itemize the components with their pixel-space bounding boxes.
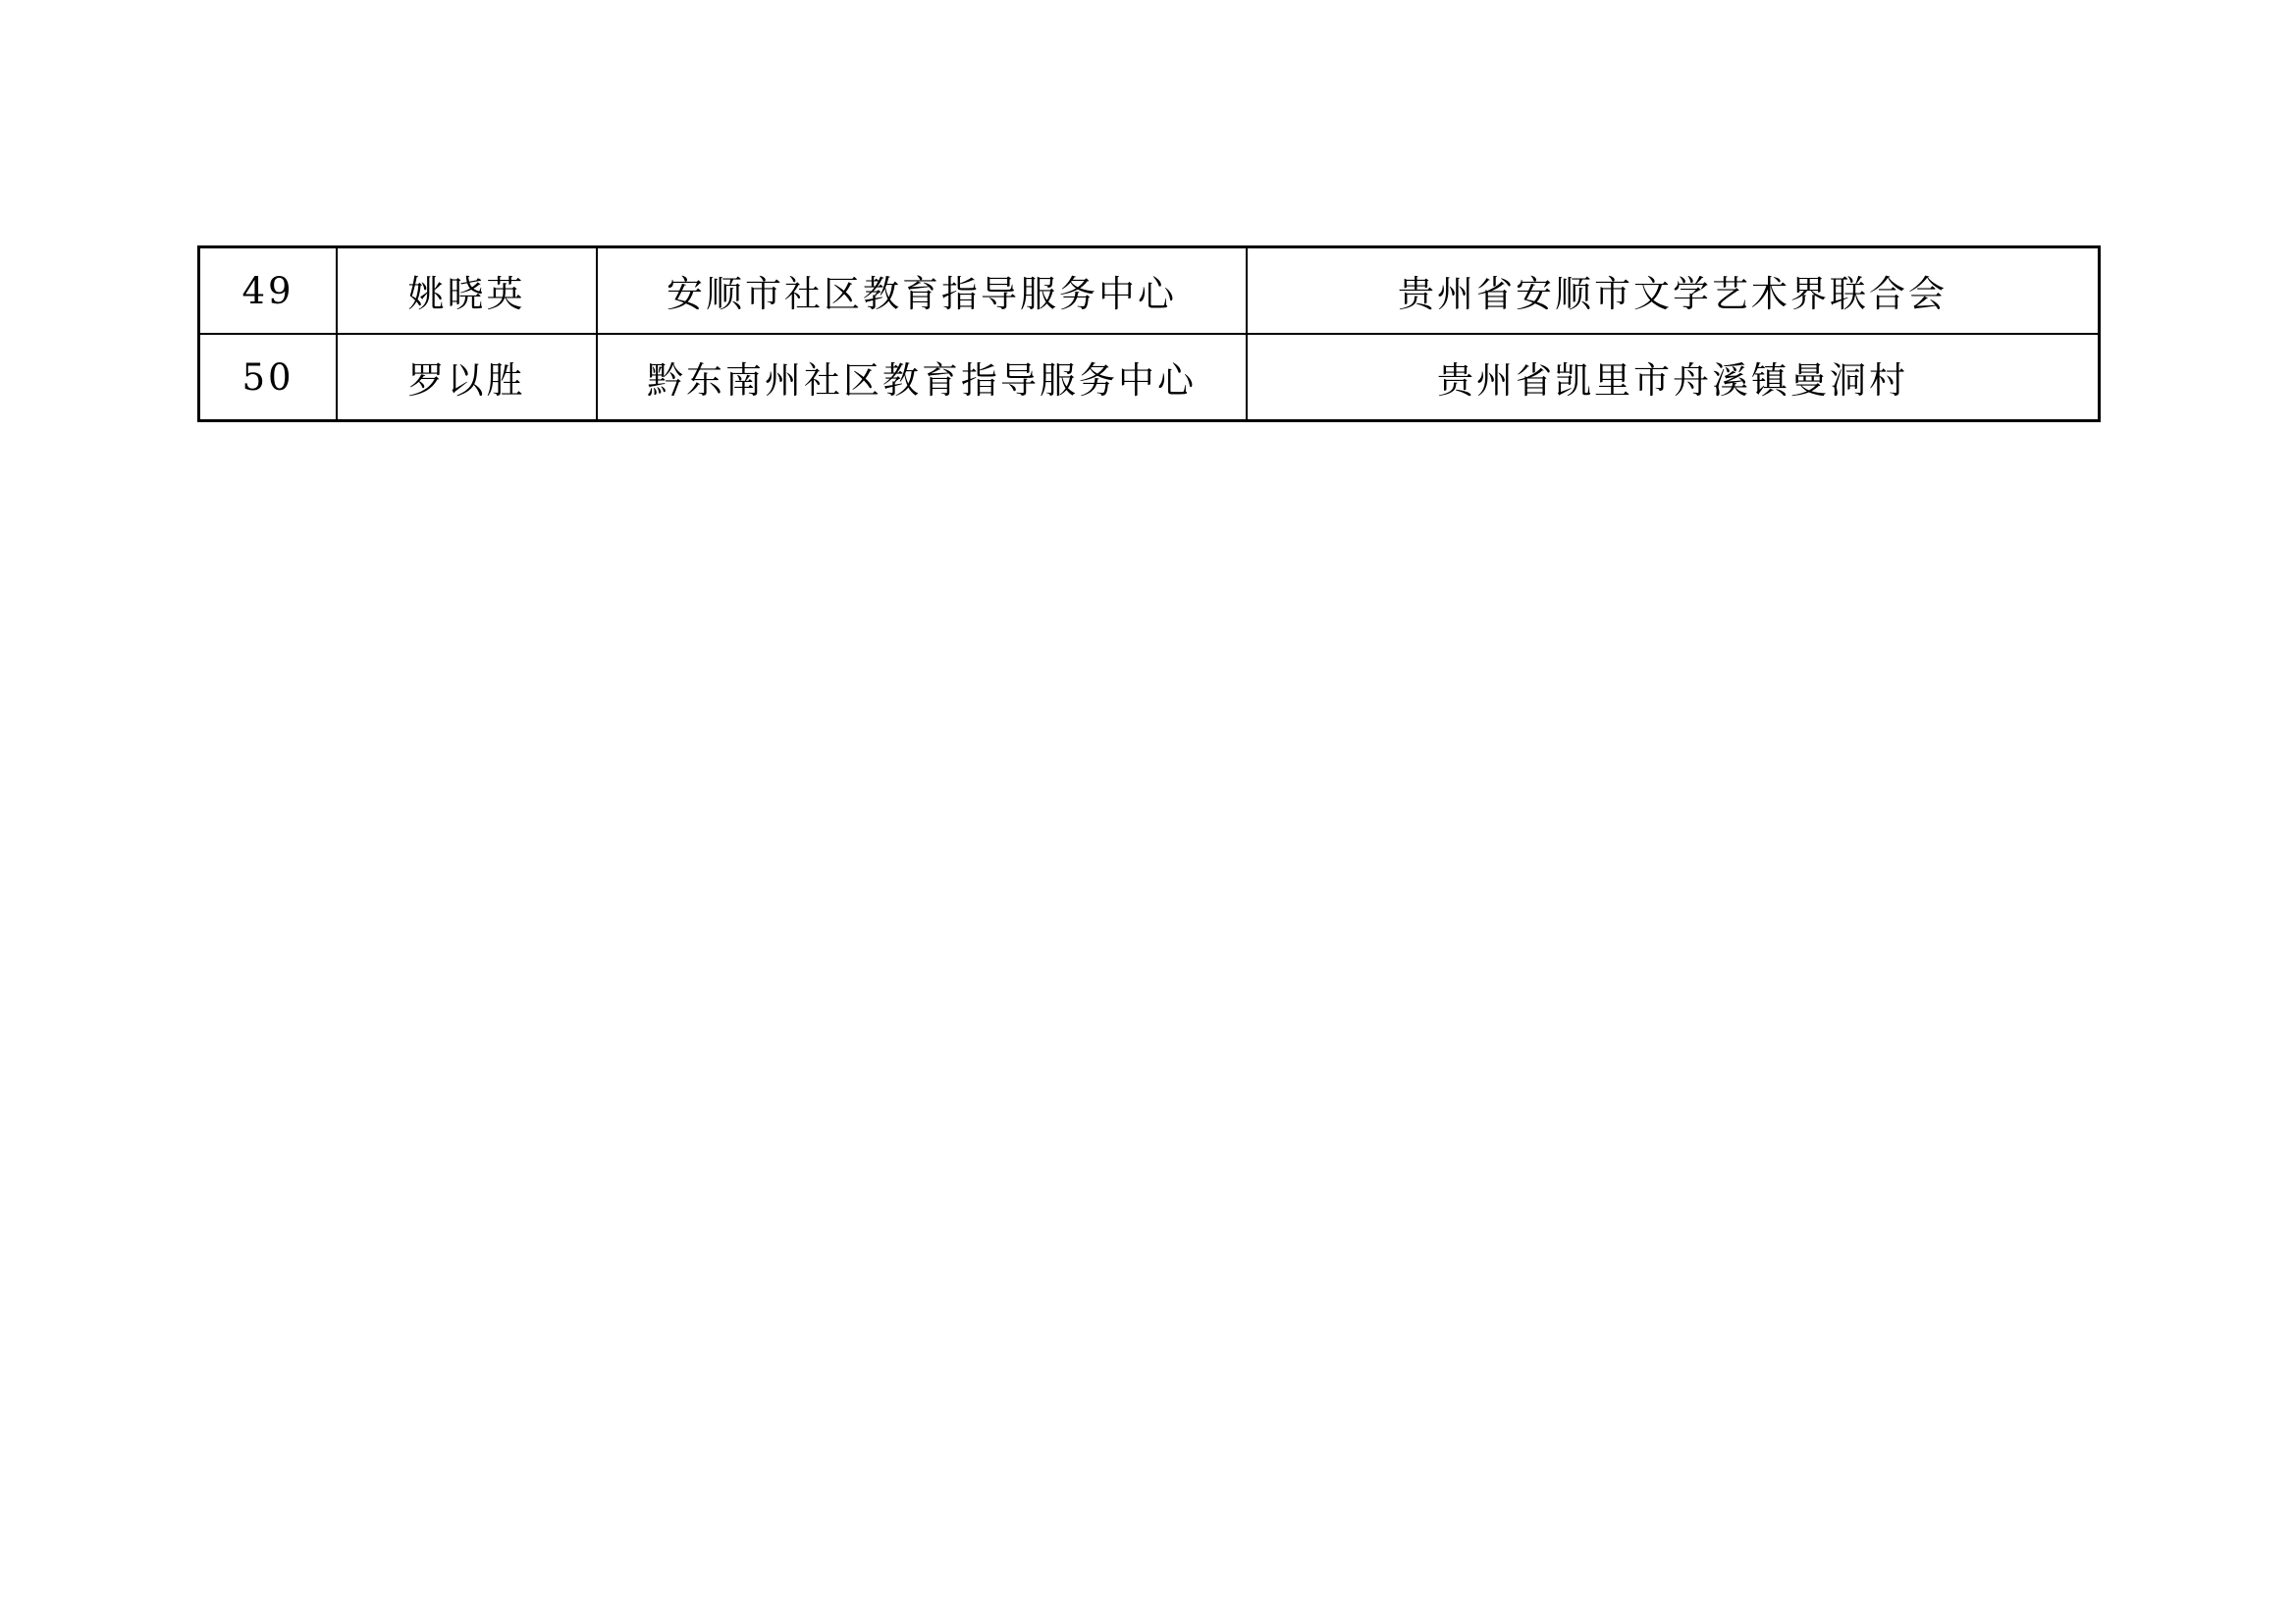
roster-table: 49 姚晓英 安顺市社区教育指导服务中心 贵州省安顺市文学艺术界联合会 50 罗… [197,245,2101,422]
cell-person-name: 罗以胜 [337,334,597,421]
cell-organization: 黔东南州社区教育指导服务中心 [597,334,1247,421]
cell-organization: 安顺市社区教育指导服务中心 [597,247,1247,335]
cell-work-unit: 贵州省安顺市文学艺术界联合会 [1247,247,2100,335]
cell-work-unit: 贵州省凯里市舟溪镇曼洞村 [1247,334,2100,421]
cell-person-name: 姚晓英 [337,247,597,335]
cell-row-number: 50 [199,334,338,421]
table-row: 49 姚晓英 安顺市社区教育指导服务中心 贵州省安顺市文学艺术界联合会 [199,247,2100,335]
table-row: 50 罗以胜 黔东南州社区教育指导服务中心 贵州省凯里市舟溪镇曼洞村 [199,334,2100,421]
roster-table-body: 49 姚晓英 安顺市社区教育指导服务中心 贵州省安顺市文学艺术界联合会 50 罗… [199,247,2100,421]
cell-row-number: 49 [199,247,338,335]
document-page: 49 姚晓英 安顺市社区教育指导服务中心 贵州省安顺市文学艺术界联合会 50 罗… [0,0,2296,1624]
